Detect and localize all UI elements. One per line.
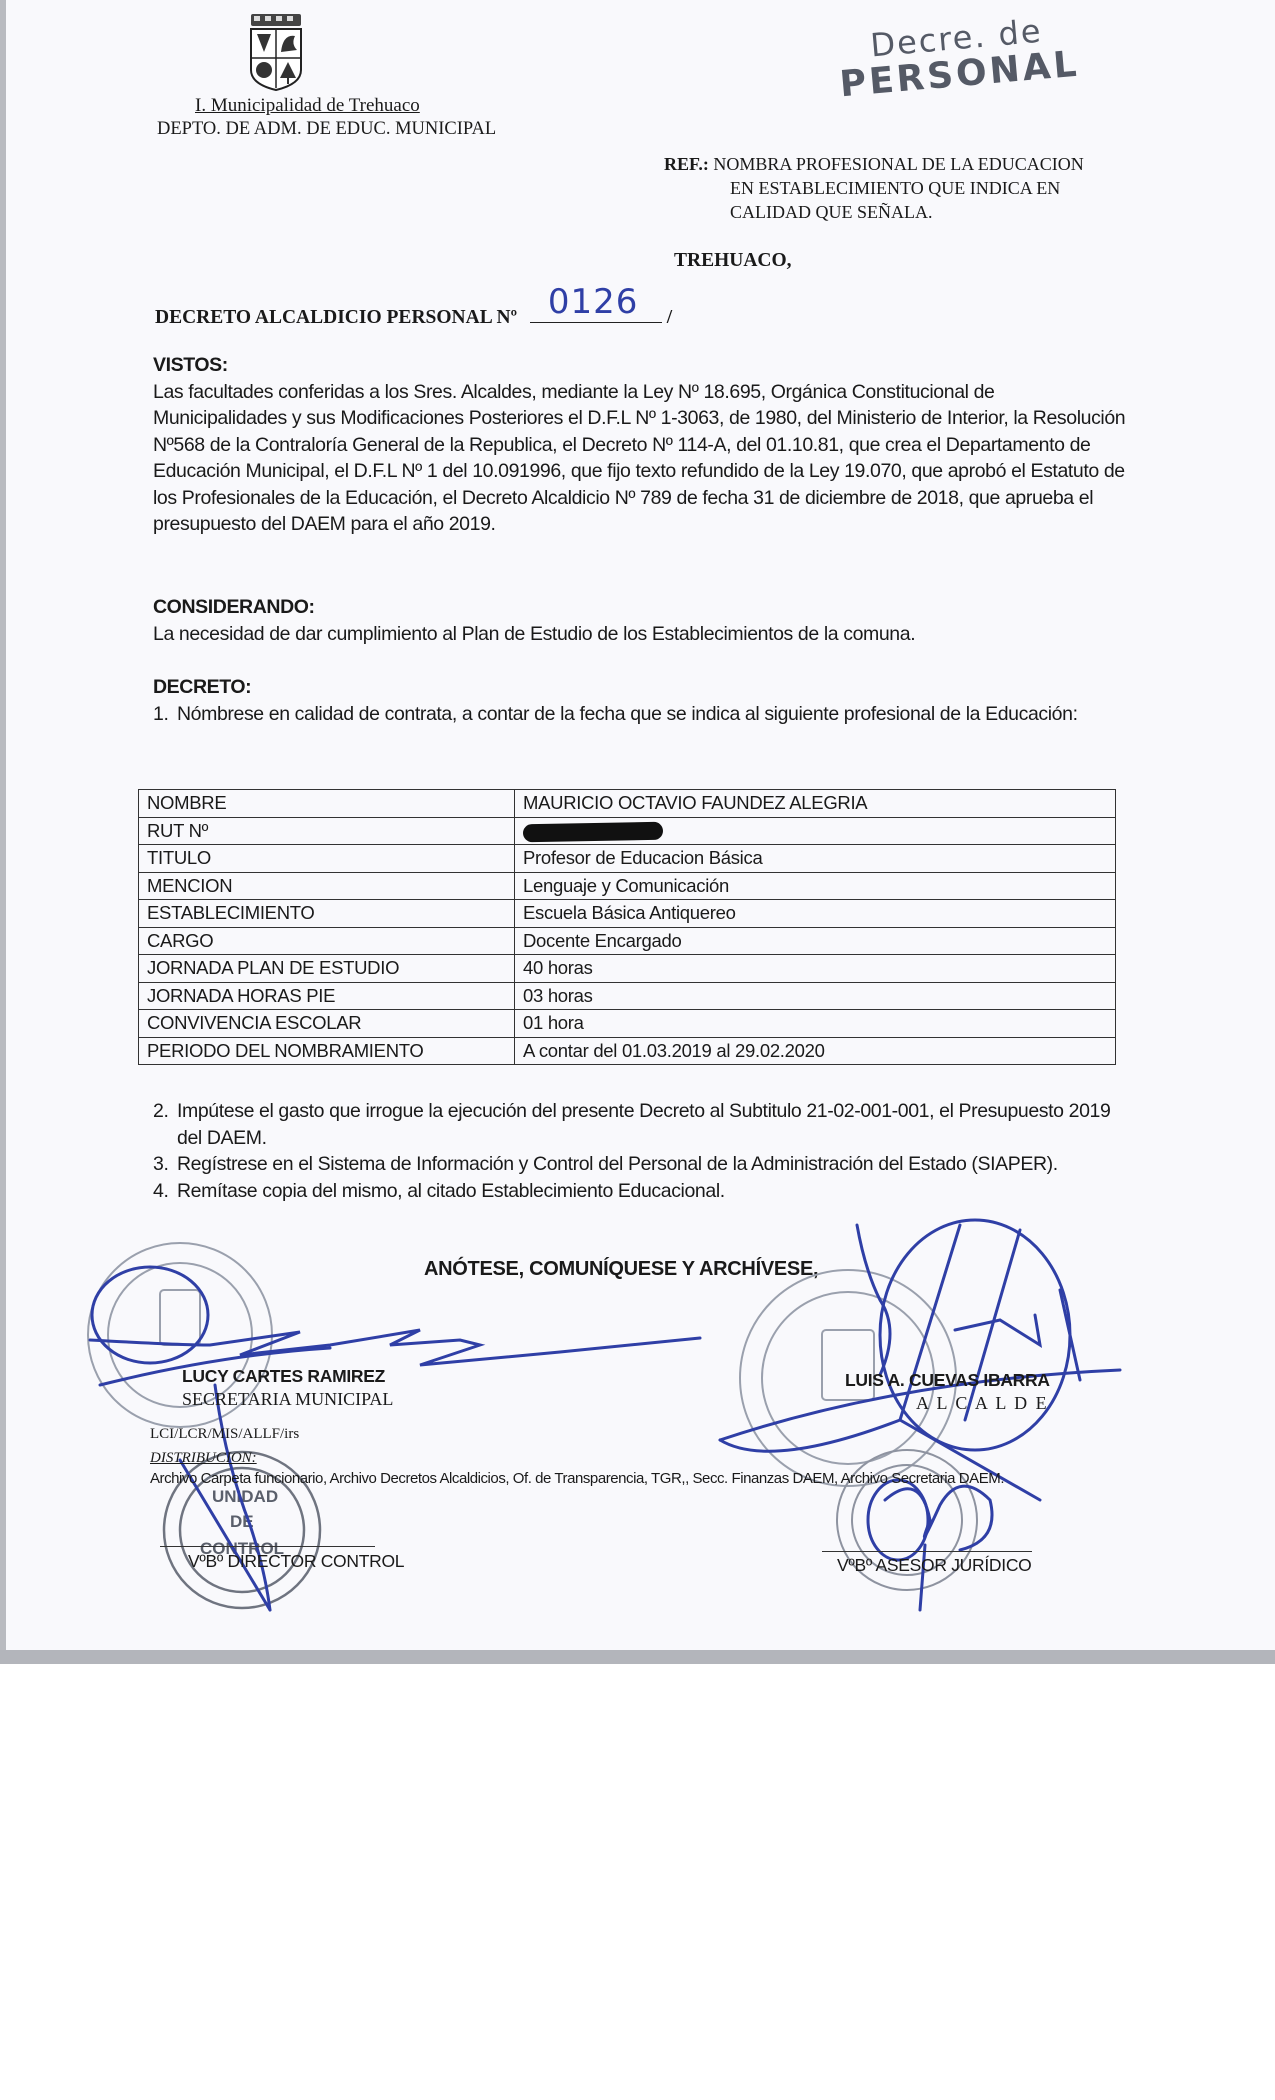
table-row: JORNADA HORAS PIE03 horas bbox=[139, 982, 1116, 1010]
row-label: MENCION bbox=[139, 872, 515, 900]
row-value: 03 horas bbox=[515, 982, 1116, 1010]
considerando-section: CONSIDERANDO: La necesidad de dar cumpli… bbox=[153, 594, 1133, 647]
reference-line-1: NOMBRA PROFESIONAL DE LA EDUCACION bbox=[713, 154, 1083, 174]
municipality-name: I. Municipalidad de Trehuaco bbox=[195, 95, 420, 117]
vistos-text: Las facultades conferidas a los Sres. Al… bbox=[153, 379, 1133, 538]
secretary-name: LUCY CARTES RAMIREZ bbox=[182, 1366, 385, 1387]
row-value: 01 hora bbox=[515, 1010, 1116, 1038]
decree-number-field: 0126 bbox=[530, 300, 662, 323]
row-value: 40 horas bbox=[515, 955, 1116, 983]
table-row: PERIODO DEL NOMBRAMIENTOA contar del 01.… bbox=[139, 1037, 1116, 1065]
row-label: TITULO bbox=[139, 845, 515, 873]
row-value bbox=[515, 817, 1116, 845]
row-value: Docente Encargado bbox=[515, 927, 1116, 955]
decree-item-text: Remítase copia del mismo, al citado Esta… bbox=[177, 1178, 725, 1205]
row-label: JORNADA PLAN DE ESTUDIO bbox=[139, 955, 515, 983]
decree-item-1: 1. Nómbrese en calidad de contrata, a co… bbox=[153, 701, 1133, 728]
row-label: CONVIVENCIA ESCOLAR bbox=[139, 1010, 515, 1038]
appointment-table: NOMBREMAURICIO OCTAVIO FAUNDEZ ALEGRIARU… bbox=[138, 789, 1116, 1065]
decree-item-4: 4. Remítase copia del mismo, al citado E… bbox=[153, 1178, 1133, 1205]
reference-label: REF.: bbox=[664, 154, 709, 174]
considerando-heading: CONSIDERANDO: bbox=[153, 594, 1133, 621]
decree-title: DECRETO ALCALDICIO PERSONAL Nº bbox=[155, 307, 517, 328]
row-label: ESTABLECIMIENTO bbox=[139, 900, 515, 928]
control-approval-label: VºBº DIRECTOR CONTROL bbox=[188, 1551, 404, 1572]
row-value: A contar del 01.03.2019 al 29.02.2020 bbox=[515, 1037, 1116, 1065]
place-line: TREHUACO, bbox=[674, 250, 792, 272]
closing-formula: ANÓTESE, COMUNÍQUESE Y ARCHÍVESE, bbox=[424, 1258, 818, 1281]
secretary-role: SECRETARIA MUNICIPAL bbox=[182, 1389, 393, 1410]
distribution-label: DISTRIBUCION: bbox=[150, 1450, 257, 1467]
table-row: JORNADA PLAN DE ESTUDIO40 horas bbox=[139, 955, 1116, 983]
decree-item-text: Regístrese en el Sistema de Información … bbox=[177, 1151, 1058, 1178]
table-row: TITULOProfesor de Educacion Básica bbox=[139, 845, 1116, 873]
row-label: CARGO bbox=[139, 927, 515, 955]
reference-line-2: EN ESTABLECIMIENTO QUE INDICA EN bbox=[664, 176, 1084, 200]
considerando-text: La necesidad de dar cumplimiento al Plan… bbox=[153, 621, 1133, 648]
table-row: NOMBREMAURICIO OCTAVIO FAUNDEZ ALEGRIA bbox=[139, 790, 1116, 818]
scan-edge bbox=[0, 0, 6, 1664]
vistos-heading: VISTOS: bbox=[153, 352, 1133, 379]
legal-approval-label: VºBº ASESOR JURÍDICO bbox=[837, 1555, 1031, 1576]
decree-items-continued: 2. Impútese el gasto que irrogue la ejec… bbox=[153, 1098, 1133, 1204]
table-row: RUT Nº bbox=[139, 817, 1116, 845]
decree-item-number: 1. bbox=[153, 701, 177, 728]
decreto-section: DECRETO: 1. Nómbrese en calidad de contr… bbox=[153, 674, 1133, 727]
decreto-heading: DECRETO: bbox=[153, 674, 1133, 701]
row-value: Profesor de Educacion Básica bbox=[515, 845, 1116, 873]
decree-item-text: Impútese el gasto que irrogue la ejecuci… bbox=[177, 1098, 1133, 1151]
municipal-coat-of-arms-icon bbox=[245, 12, 307, 92]
reference-line-3: CALIDAD QUE SEÑALA. bbox=[664, 200, 1084, 224]
department-name: DEPTO. DE ADM. DE EDUC. MUNICIPAL bbox=[157, 119, 496, 140]
row-value: MAURICIO OCTAVIO FAUNDEZ ALEGRIA bbox=[515, 790, 1116, 818]
scan-bottom-band bbox=[0, 1650, 1275, 1664]
legal-signature-line bbox=[822, 1551, 1032, 1552]
decree-number-handwritten: 0126 bbox=[548, 282, 639, 322]
mayor-role: A L C A L D E bbox=[916, 1393, 1049, 1414]
table-row: MENCIONLenguaje y Comunicación bbox=[139, 872, 1116, 900]
author-initials: LCI/LCR/MIS/ALLF/irs bbox=[150, 1426, 299, 1443]
reference-block: REF.: NOMBRA PROFESIONAL DE LA EDUCACION… bbox=[664, 152, 1084, 224]
row-label: NOMBRE bbox=[139, 790, 515, 818]
row-value: Escuela Básica Antiquereo bbox=[515, 900, 1116, 928]
row-value: Lenguaje y Comunicación bbox=[515, 872, 1116, 900]
decree-item-number: 4. bbox=[153, 1178, 177, 1205]
decree-slash: / bbox=[667, 307, 672, 328]
row-label: PERIODO DEL NOMBRAMIENTO bbox=[139, 1037, 515, 1065]
decree-item-2: 2. Impútese el gasto que irrogue la ejec… bbox=[153, 1098, 1133, 1151]
vistos-section: VISTOS: Las facultades conferidas a los … bbox=[153, 352, 1133, 538]
mayor-name: LUIS A. CUEVAS IBARRA bbox=[845, 1370, 1050, 1391]
table-row: ESTABLECIMIENTOEscuela Básica Antiquereo bbox=[139, 900, 1116, 928]
decree-item-3: 3. Regístrese en el Sistema de Informaci… bbox=[153, 1151, 1133, 1178]
redaction-mark bbox=[523, 822, 663, 842]
decree-item-number: 3. bbox=[153, 1151, 177, 1178]
table-row: CONVIVENCIA ESCOLAR01 hora bbox=[139, 1010, 1116, 1038]
table-row: CARGODocente Encargado bbox=[139, 927, 1116, 955]
control-signature-line bbox=[160, 1546, 375, 1547]
decree-item-number: 2. bbox=[153, 1098, 177, 1151]
row-label: JORNADA HORAS PIE bbox=[139, 982, 515, 1010]
decree-item-text: Nómbrese en calidad de contrata, a conta… bbox=[177, 701, 1078, 728]
row-label: RUT Nº bbox=[139, 817, 515, 845]
distribution-list: Archivo Carpeta funcionario, Archivo Dec… bbox=[150, 1470, 1004, 1487]
decree-number-line: DECRETO ALCALDICIO PERSONAL Nº 0126 / bbox=[155, 300, 672, 329]
